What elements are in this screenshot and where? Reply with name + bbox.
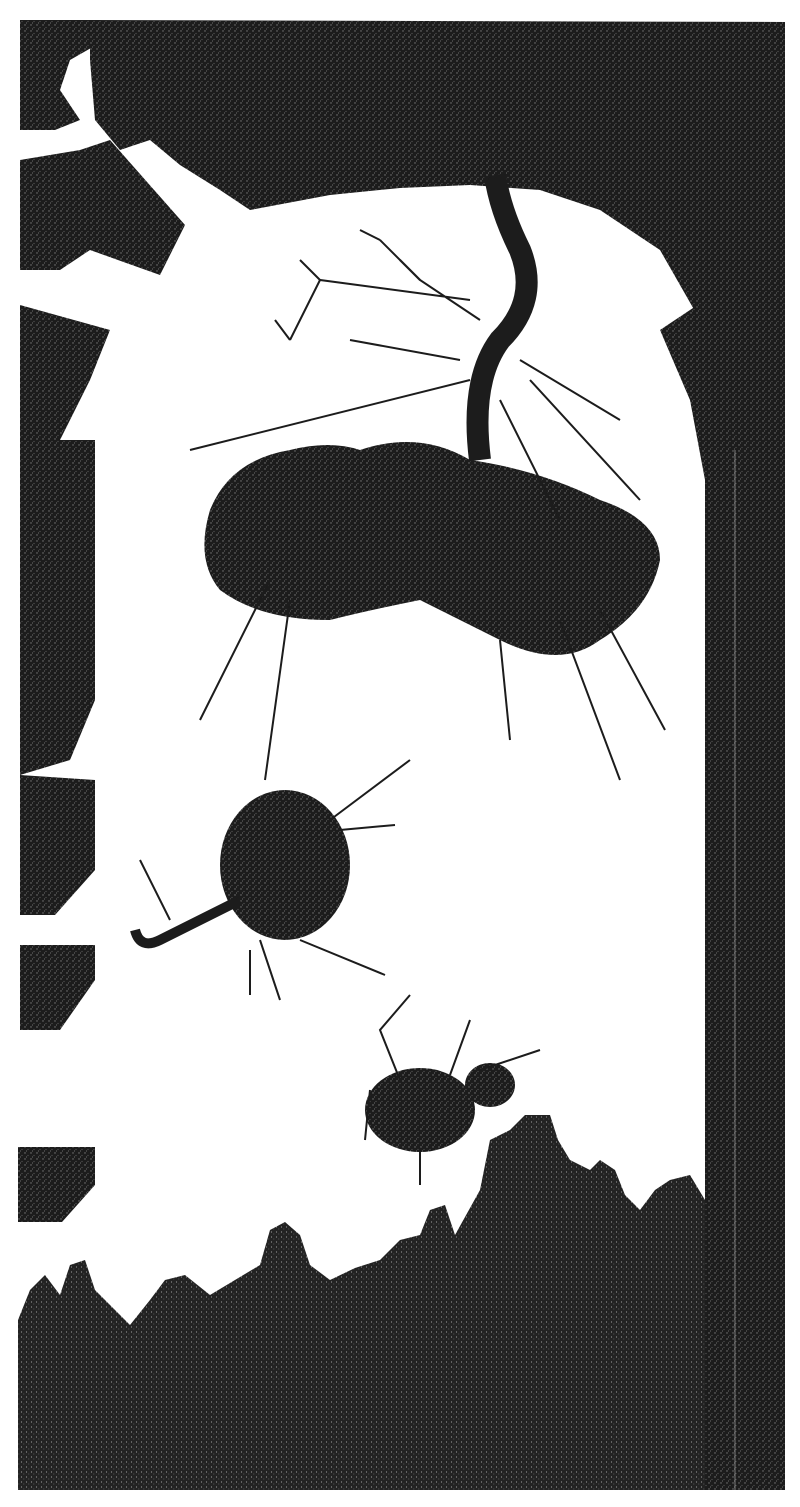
stone-arch	[20, 20, 785, 440]
middle-floating-tree	[135, 760, 410, 1000]
rock-spires	[18, 1115, 705, 1490]
left-wall-blocks	[18, 305, 110, 1222]
illustration	[0, 0, 800, 1507]
large-floating-tree	[190, 175, 665, 780]
